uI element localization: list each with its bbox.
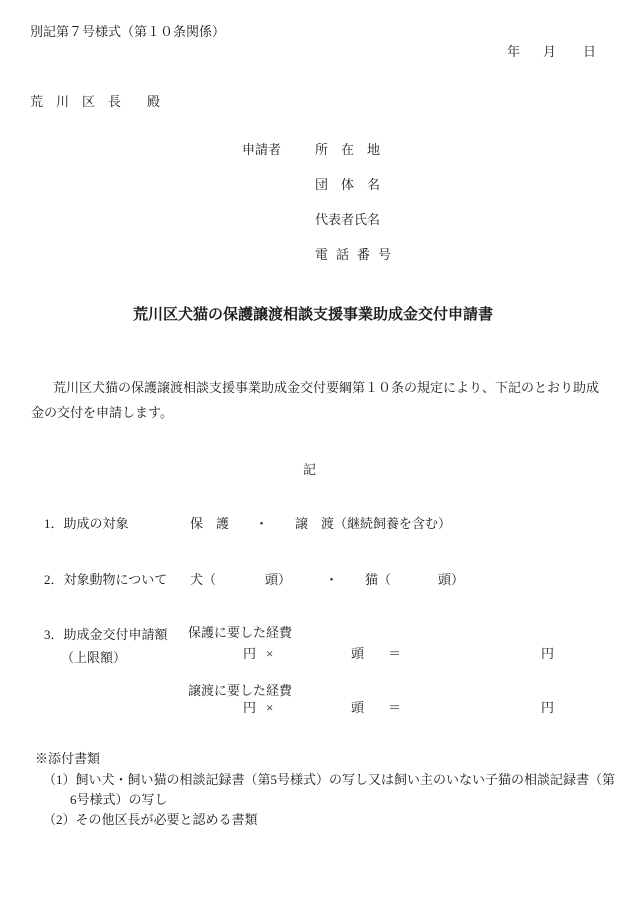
date-day-label: 日 [583,42,596,61]
item3-row2-result-yen: 円 [541,698,554,717]
item3-row2-equals-sign: ＝ [388,698,401,717]
attachment-item1-line1: （1）飼い犬・飼い猫の相談記録書（第5号様式）の写し又は飼い主のいない子猫の相談… [43,770,615,789]
addressee: 荒 川 区 長 殿 [30,92,160,111]
item2-cat-paren-open: 猫（ [365,570,391,589]
item2-separator-dot: ・ [325,570,338,589]
date-month-label: 月 [543,42,556,61]
attachment-item2: （2）その他区長が必要と認める書類 [43,810,258,829]
item1-separator-dot: ・ [255,514,268,533]
record-heading: 記 [303,460,316,479]
item3-row1-head-unit: 頭 [351,644,364,663]
item2-dog-paren-open: 犬（ [190,570,216,589]
item2-dog-paren-close: 頭） [265,570,291,589]
date-year-label: 年 [507,42,520,61]
item2-cat-paren-close: 頭） [438,570,464,589]
item3-row1-yen-unit: 円 [243,644,256,663]
item3-row2-yen-unit: 円 [243,698,256,717]
item3-sublabel-limit: （上限額） [61,648,126,667]
item1-option-protection: 保 護 [190,514,229,533]
body-paragraph-line2: 金の交付を申請します。 [31,403,173,422]
applicant-address-label: 所 在 地 [315,140,380,159]
applicant-org-name-label: 団 体 名 [315,175,380,194]
form-number: 別記第７号様式（第１０条関係） [30,22,225,41]
applicant-label: 申請者 [242,140,281,159]
item3-protection-cost-header: 保護に要した経費 [188,623,292,642]
item2-label: 2．対象動物について [44,570,167,589]
body-paragraph-line1: 荒川区犬猫の保護譲渡相談支援事業助成金交付要綱第１０条の規定により、下記のとおり… [53,378,599,397]
item3-transfer-cost-header: 譲渡に要した経費 [188,681,292,700]
item1-label: 1．助成の対象 [44,514,129,533]
item3-row1-result-yen: 円 [541,644,554,663]
applicant-representative-label: 代表者氏名 [315,210,380,229]
attachments-heading: ※添付書類 [35,749,100,768]
item3-label: 3．助成金交付申請額 [44,625,168,644]
item1-option-transfer: 譲 渡（継続飼養を含む） [295,514,451,533]
item3-row2-times-sign: × [266,698,273,717]
attachment-item1-line2: 6号様式）の写し [70,790,168,809]
item3-row1-times-sign: × [266,644,273,663]
item3-row2-head-unit: 頭 [351,698,364,717]
application-form-document: 別記第７号様式（第１０条関係） 年 月 日 荒 川 区 長 殿 申請者 所 在 … [0,0,630,903]
applicant-phone-label: 電話番号 [315,245,399,264]
document-title: 荒川区犬猫の保護譲渡相談支援事業助成金交付申請書 [133,305,493,326]
item3-row1-equals-sign: ＝ [388,644,401,663]
